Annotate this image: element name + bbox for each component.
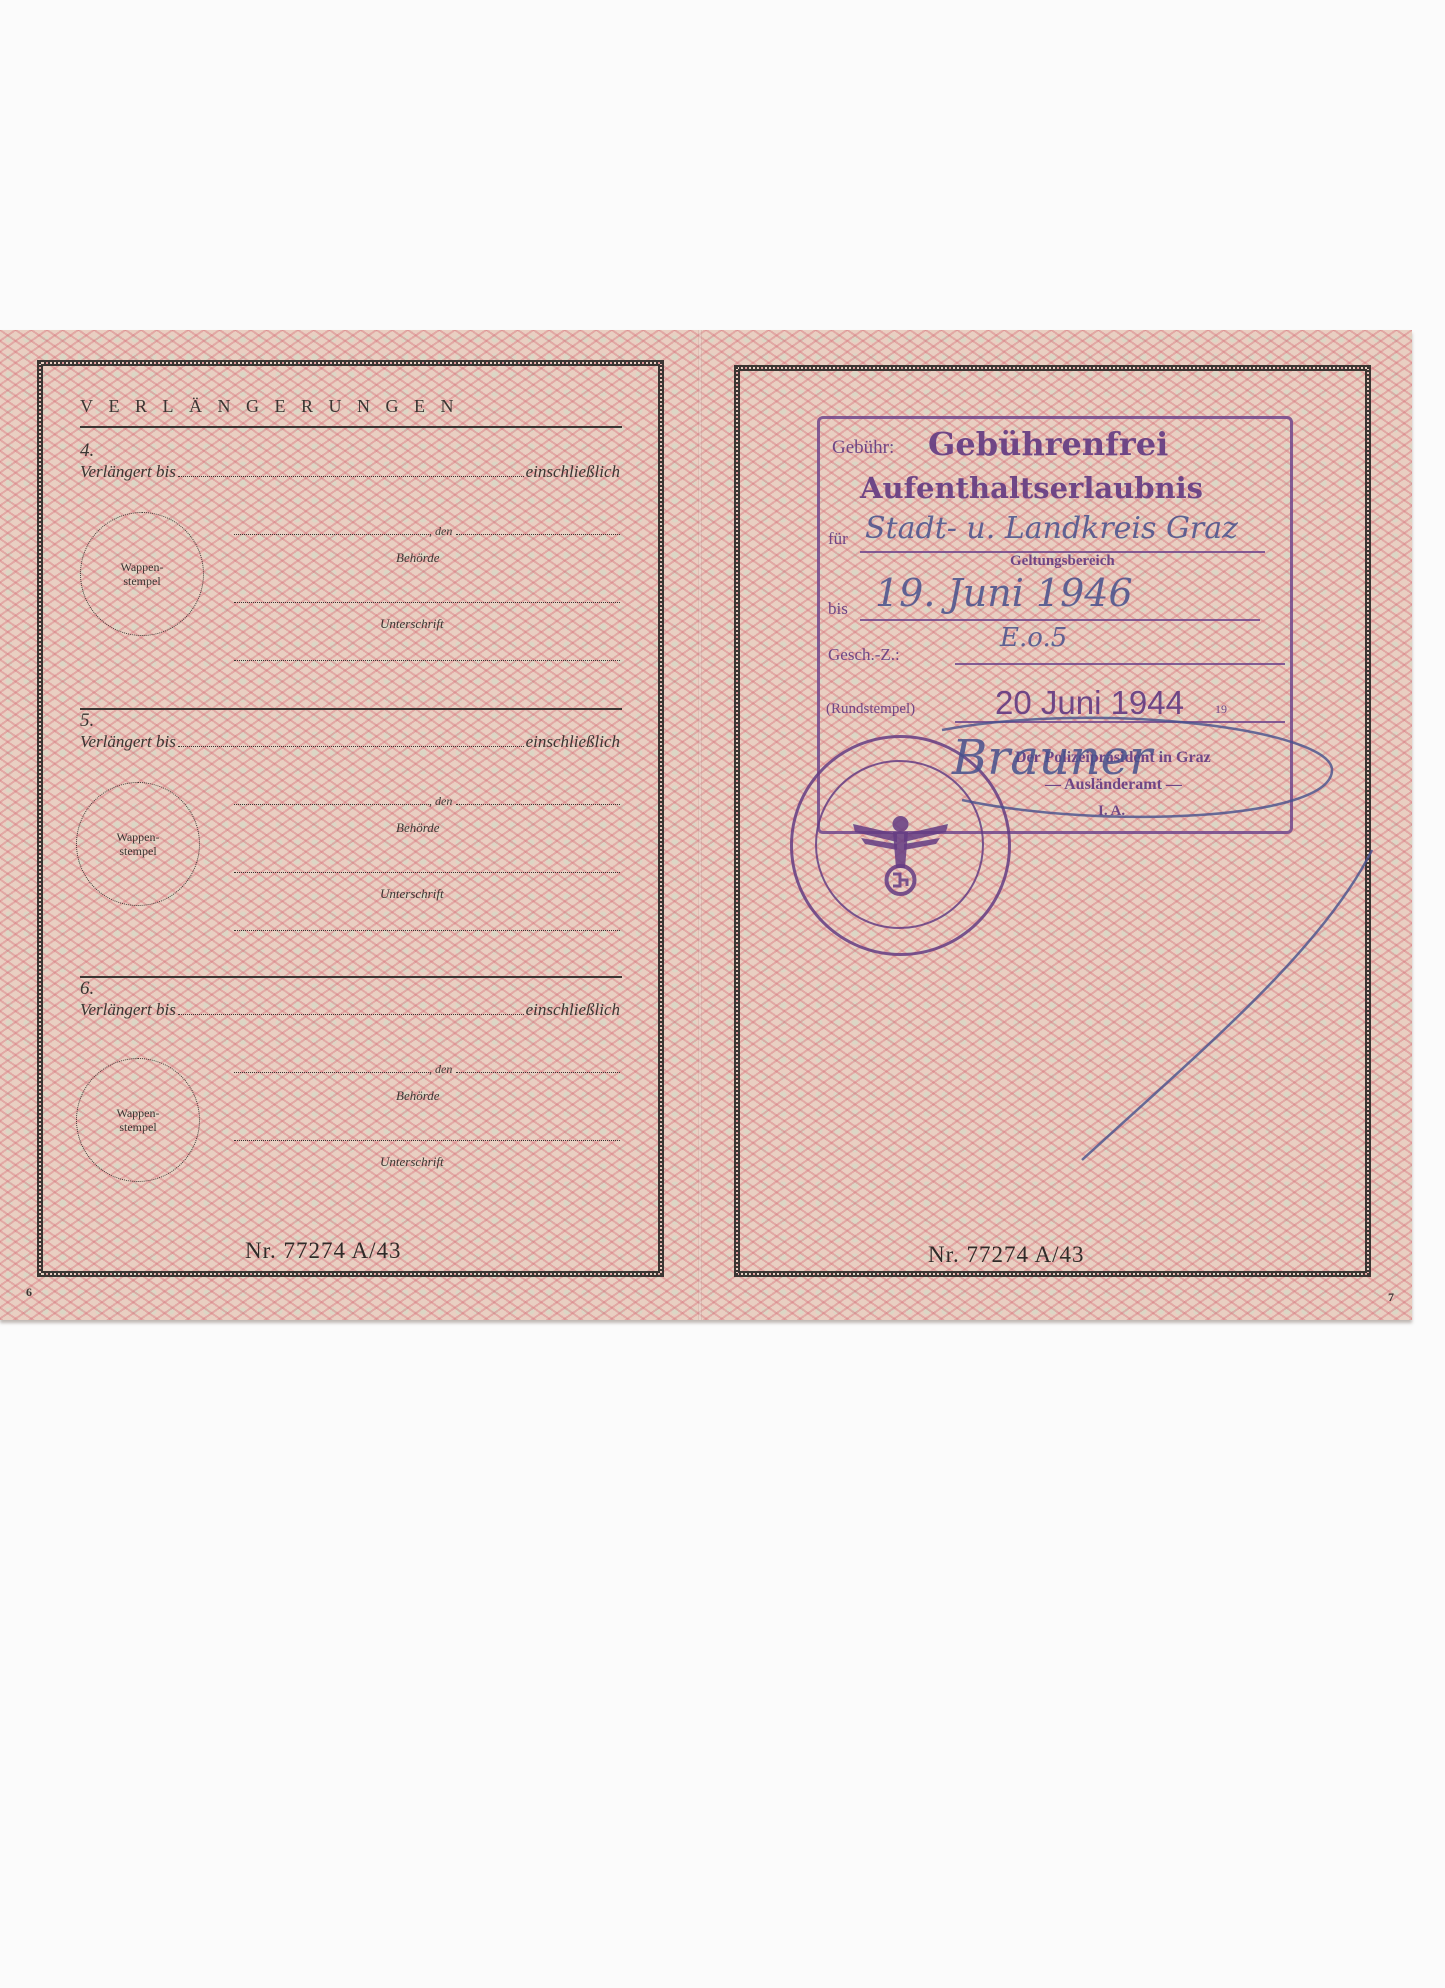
place-date-line: , den (234, 794, 620, 809)
extended-until-field[interactable] (178, 464, 524, 477)
seal-label-line2: stempel (119, 844, 156, 858)
heading-rule (80, 426, 622, 428)
coat-of-arms-seal-placeholder: Wappen-stempel (76, 1058, 200, 1182)
date-field[interactable] (456, 1062, 620, 1073)
right-page: Gebühr: Gebührenfrei Aufenthaltserlaubni… (702, 330, 1412, 1320)
reference-value-handwritten: E.o.5 (1000, 623, 1067, 653)
page-heading: VERLÄNGERUNGEN (80, 396, 469, 417)
place-field[interactable] (234, 1062, 429, 1073)
extension-entry: 4. Verlängert bis einschließlich , den B… (80, 440, 620, 700)
authority-field[interactable] (234, 872, 620, 873)
seal-label-line1: Wappen- (120, 560, 163, 574)
document-serial-number: Nr. 77274 A/43 (245, 1238, 401, 1264)
extended-until-line: Verlängert bis einschließlich (80, 462, 620, 482)
inclusive-label: einschließlich (526, 462, 620, 482)
signature-label: Unterschrift (380, 886, 444, 902)
until-line (860, 619, 1260, 621)
seal-label-line1: Wappen- (116, 1106, 159, 1120)
signature-field[interactable] (234, 660, 620, 661)
signature-label: Unterschrift (380, 1154, 444, 1170)
date-field[interactable] (456, 524, 620, 535)
authority-field[interactable] (234, 602, 620, 603)
date-field[interactable] (456, 794, 620, 805)
den-label: , den (429, 1062, 452, 1077)
authority-label: Behörde (396, 550, 440, 566)
place-date-line: , den (234, 1062, 620, 1077)
extended-until-line: Verlängert bis einschließlich (80, 1000, 620, 1020)
coat-of-arms-seal-placeholder: Wappen-stempel (80, 512, 204, 636)
place-field[interactable] (234, 524, 429, 535)
left-page: VERLÄNGERUNGEN 4. Verlängert bis einschl… (0, 330, 700, 1320)
coat-of-arms-seal-placeholder: Wappen-stempel (76, 782, 200, 906)
den-label: , den (429, 524, 452, 539)
reference-label: Gesch.-Z.: (828, 645, 900, 665)
reference-line (955, 663, 1285, 665)
signature-field[interactable] (234, 930, 620, 931)
authority-label: Behörde (396, 820, 440, 836)
place-field[interactable] (234, 794, 429, 805)
extended-until-label: Verlängert bis (80, 1000, 176, 1020)
extended-until-field[interactable] (178, 734, 524, 747)
seal-label-line2: stempel (123, 574, 160, 588)
seal-label-line1: Wappen- (116, 830, 159, 844)
permit-title: Aufenthaltserlaubnis (860, 471, 1203, 505)
document-serial-number: Nr. 77274 A/43 (928, 1242, 1084, 1268)
extended-until-line: Verlängert bis einschließlich (80, 732, 620, 752)
authority-label: Behörde (396, 1088, 440, 1104)
until-value-handwritten: 19. Juni 1946 (875, 571, 1133, 615)
inclusive-label: einschließlich (526, 732, 620, 752)
entry-number: 5. (80, 710, 94, 732)
place-date-line: , den (234, 524, 620, 539)
entry-number: 6. (80, 978, 94, 1000)
entry-number: 4. (80, 440, 94, 462)
for-label: für (828, 529, 848, 549)
validity-area-label: Geltungsbereich (1010, 553, 1115, 570)
extension-entry: 5. Verlängert bis einschließlich , den B… (80, 710, 620, 970)
page-number: 7 (1388, 1290, 1394, 1305)
seal-label-line2: stempel (119, 1120, 156, 1134)
signature-flourish (902, 710, 1382, 1170)
den-label: , den (429, 794, 452, 809)
extended-until-label: Verlängert bis (80, 462, 176, 482)
extended-until-label: Verlängert bis (80, 732, 176, 752)
extension-entry: 6. Verlängert bis einschließlich , den B… (80, 978, 620, 1238)
extended-until-field[interactable] (178, 1002, 524, 1015)
document-spread: VERLÄNGERUNGEN 4. Verlängert bis einschl… (0, 330, 1412, 1320)
fee-label: Gebühr: (832, 437, 894, 459)
fee-value: Gebührenfrei (928, 425, 1168, 463)
page-number: 6 (26, 1285, 32, 1300)
signature-label: Unterschrift (380, 616, 444, 632)
for-value-handwritten: Stadt- u. Landkreis Graz (865, 511, 1238, 546)
until-label: bis (828, 599, 848, 619)
inclusive-label: einschließlich (526, 1000, 620, 1020)
authority-field[interactable] (234, 1140, 620, 1141)
